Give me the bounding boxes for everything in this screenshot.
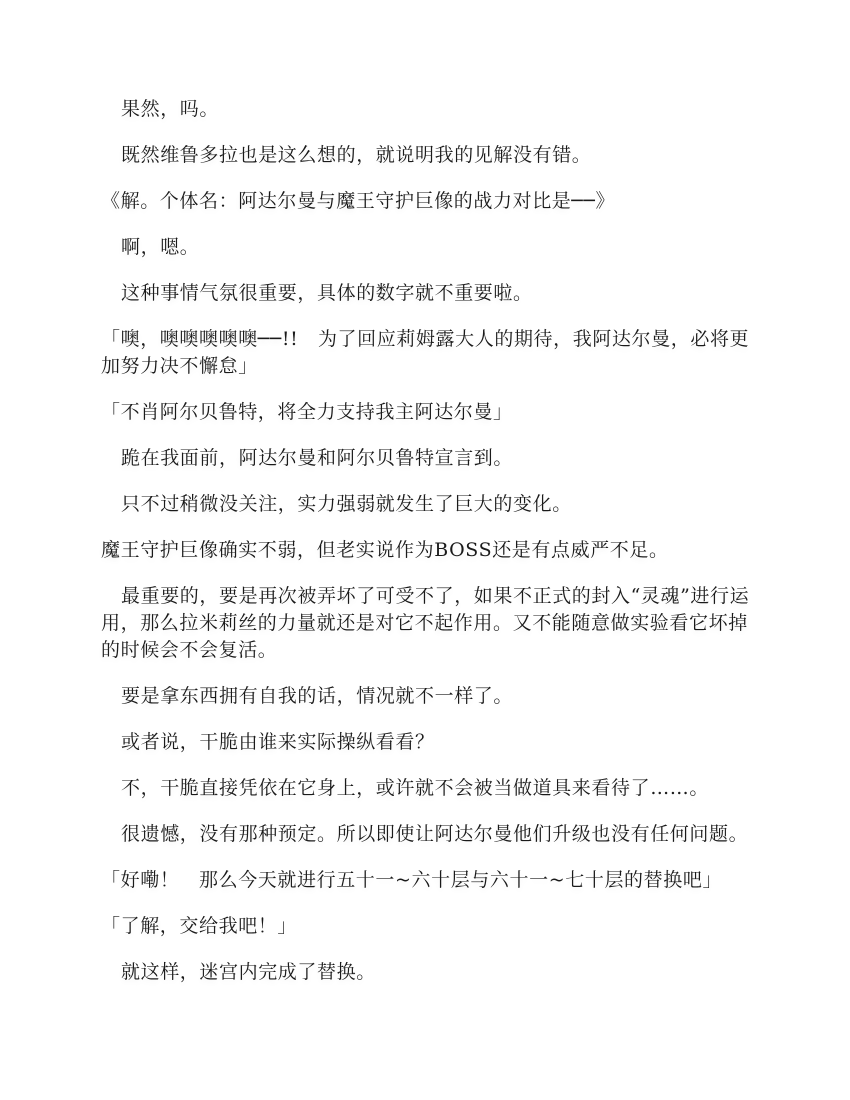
paragraph: 魔王守护巨像确实不弱，但老实说作为BOSS还是有点威严不足。 xyxy=(101,537,751,564)
paragraph-dialogue: 「噢，噢噢噢噢噢──!! 为了回应莉姆露大人的期待，我阿达尔曼，必将更加努力决不… xyxy=(101,326,751,380)
paragraph-system-message: 《解。个体名：阿达尔曼与魔王守护巨像的战力对比是──》 xyxy=(101,188,751,215)
paragraph: 只不过稍微没关注，实力强弱就发生了巨大的变化。 xyxy=(101,491,751,518)
paragraph: 要是拿东西拥有自我的话，情况就不一样了。 xyxy=(101,683,751,710)
document-page: 果然，吗。 既然维鲁多拉也是这么想的，就说明我的见解没有错。 《解。个体名：阿达… xyxy=(101,96,751,1005)
paragraph-dialogue: 「好嘞！ 那么今天就进行五十一~六十层与六十一~七十层的替换吧」 xyxy=(101,867,751,894)
paragraph: 这种事情气氛很重要，具体的数字就不重要啦。 xyxy=(101,280,751,307)
paragraph: 最重要的，要是再次被弄坏了可受不了，如果不正式的封入“灵魂”进行运用，那么拉米莉… xyxy=(101,583,751,664)
paragraph-dialogue: 「了解，交给我吧！」 xyxy=(101,913,751,940)
paragraph: 就这样，迷宫内完成了替换。 xyxy=(101,959,751,986)
paragraph: 跪在我面前，阿达尔曼和阿尔贝鲁特宣言到。 xyxy=(101,445,751,472)
paragraph: 啊，嗯。 xyxy=(101,234,751,261)
paragraph: 既然维鲁多拉也是这么想的，就说明我的见解没有错。 xyxy=(101,142,751,169)
paragraph: 不，干脆直接凭依在它身上，或许就不会被当做道具来看待了……。 xyxy=(101,775,751,802)
paragraph: 很遗憾，没有那种预定。所以即使让阿达尔曼他们升级也没有任何问题。 xyxy=(101,821,751,848)
paragraph: 或者说，干脆由谁来实际操纵看看？ xyxy=(101,729,751,756)
paragraph: 果然，吗。 xyxy=(101,96,751,123)
paragraph-dialogue: 「不肖阿尔贝鲁特，将全力支持我主阿达尔曼」 xyxy=(101,399,751,426)
